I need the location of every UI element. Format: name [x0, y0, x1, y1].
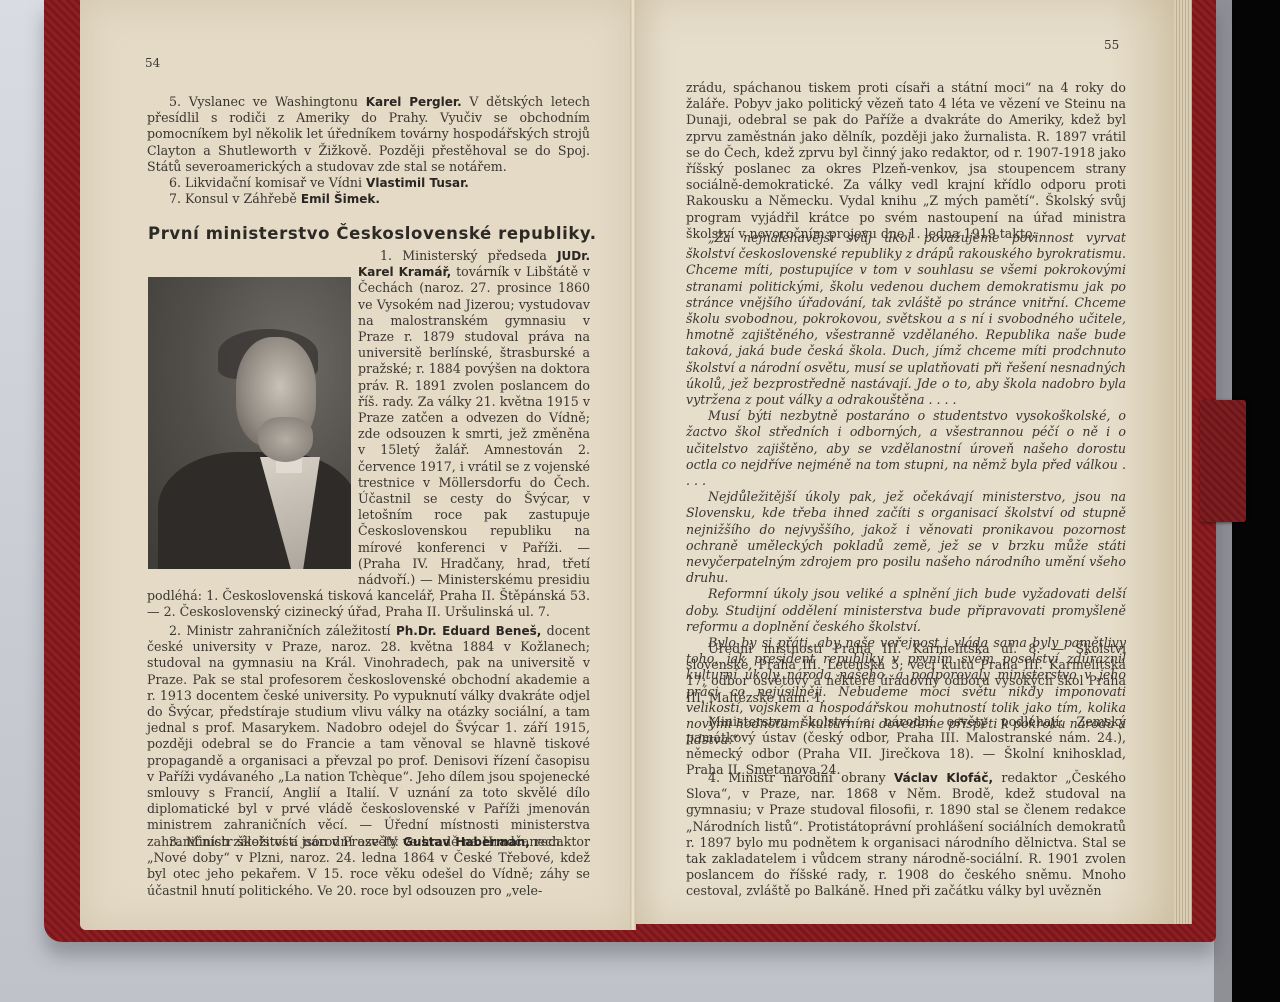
minister-3-entry: 3. Ministr školství a národní osvěty Gus… [147, 834, 590, 899]
item-text: Konsul v Záhřebě [181, 191, 301, 206]
minister-4-entry: 4. Ministr národní obrany Václav Klofáč,… [686, 770, 1126, 900]
subordinate-paragraph: Ministerstvu školství a národní osvěty p… [686, 714, 1126, 779]
entry-number: 2. [169, 623, 181, 638]
right-continuation: zrádu, spáchanou tiskem proti císaři a s… [686, 80, 1126, 242]
item-text: Vyslanec ve Washingtonu [181, 94, 366, 109]
entry-text: Ministerský předseda [392, 248, 557, 263]
quote-paragraph: Musí býti nezbytně postaráno o studentst… [686, 408, 1126, 489]
entry-number: 1. [380, 248, 392, 263]
entry-text: Ministr zahraničních záležitostí [181, 623, 396, 638]
entry-text: Ministr národní obrany [720, 770, 894, 785]
list-item: 6. Likvidační komisař ve Vídni Vlastimil… [147, 175, 590, 191]
person-name: Emil Šimek. [301, 192, 380, 206]
entry-paragraph: 2. Ministr zahraničních záležitostí Ph.D… [147, 623, 590, 850]
offices-paragraph: Úřední místnosti Praha III. Karmelitská … [686, 641, 1126, 706]
page-edges [1174, 0, 1192, 924]
entry-number: 3. [169, 834, 181, 849]
entry-text: Ministr školství a národní osvěty [181, 834, 403, 849]
person-name: Karel Pergler. [366, 95, 462, 109]
bookmark-ribbon[interactable] [1200, 400, 1246, 522]
entry-text: redaktor „Českého Slova“, v Praze, nar. … [686, 770, 1126, 898]
list-item: 7. Konsul v Záhřebě Emil Šimek. [147, 191, 590, 207]
section-title: První ministerstvo Československé republ… [148, 224, 592, 243]
item-number: 5. [169, 94, 181, 109]
minister-1-entry: 1. Ministerský předseda JUDr. Karel Kram… [147, 248, 590, 621]
item-number: 7. [169, 191, 181, 206]
item-number: 6. [169, 175, 181, 190]
entry-paragraph: 3. Ministr školství a národní osvěty Gus… [147, 834, 590, 899]
item-text: Likvidační komisař ve Vídni [181, 175, 366, 190]
photo-float-spacer [147, 248, 358, 582]
quote-paragraph: „Za nejnaléhavější svůj úkol považujeme … [686, 230, 1126, 408]
offices-block: Úřední místnosti Praha III. Karmelitská … [686, 641, 1126, 779]
continuation-paragraph: zrádu, spáchanou tiskem proti císaři a s… [686, 80, 1126, 242]
minister-name: Gustav Haberman, [403, 835, 530, 849]
list-item: 5. Vyslanec ve Washingtonu Karel Pergler… [147, 94, 590, 175]
quote-paragraph: Nejdůležitější úkoly pak, jež očekávají … [686, 489, 1126, 586]
page-number-left: 54 [145, 56, 160, 70]
entry-number: 4. [708, 770, 720, 785]
left-top-list: 5. Vyslanec ve Washingtonu Karel Pergler… [147, 94, 590, 207]
entry-paragraph: 4. Ministr národní obrany Václav Klofáč,… [686, 770, 1126, 900]
minister-name: Ph.Dr. Eduard Beneš, [396, 624, 541, 638]
page-number-right: 55 [1104, 38, 1119, 52]
entry-text: docent české university v Praze, naroz. … [147, 623, 590, 849]
book-gutter [630, 0, 636, 930]
quote-paragraph: Reformní úkoly jsou veliké a splnění jic… [686, 586, 1126, 635]
minister-name: Václav Klofáč, [894, 771, 993, 785]
person-name: Vlastimil Tusar. [366, 176, 469, 190]
minister-2-entry: 2. Ministr zahraničních záležitostí Ph.D… [147, 623, 590, 850]
